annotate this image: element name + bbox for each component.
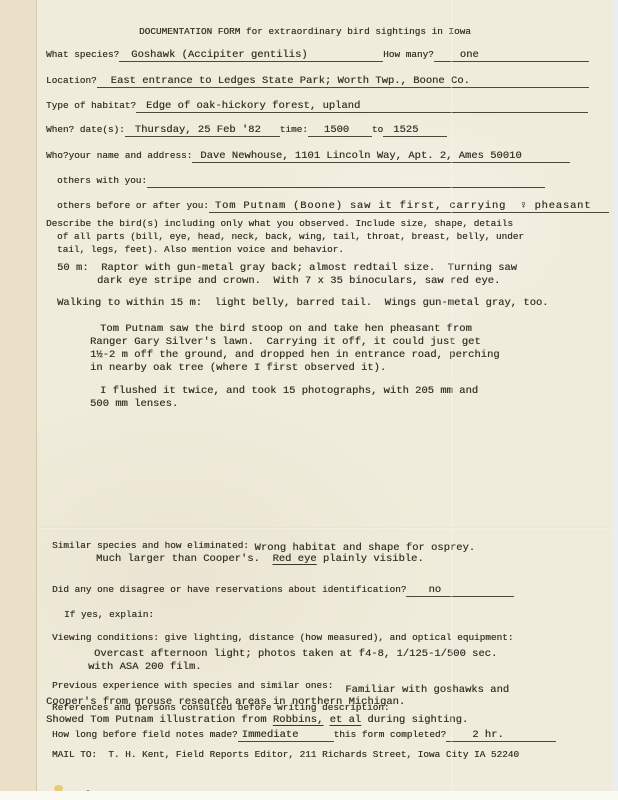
location-label: Location?	[46, 75, 97, 86]
text-segment: 50 m: Raptor with gun-metal gray back; a…	[57, 262, 517, 274]
time-end-value: 1525	[383, 124, 447, 137]
habitat-line: Type of habitat?Edge of oak-hickory fore…	[46, 99, 588, 113]
text-segment: I flushed it twice, and took 15 photogra…	[100, 385, 478, 397]
similar-species-line: Similar species and how eliminated: Wron…	[52, 539, 475, 553]
previous-experience-value: Familiar with goshawks and	[339, 684, 509, 696]
scan-left-edge	[0, 0, 37, 800]
description-behavior-3: 1½-2 m off the ground, and dropped hen i…	[90, 349, 500, 362]
others-with-line: others with you:	[57, 174, 545, 188]
description-behavior-2: Ranger Gary Silver's lawn. Carrying it o…	[90, 336, 481, 349]
text-segment: 1½-2 m off the ground, and dropped hen i…	[90, 349, 500, 361]
references-value-line: Showed Tom Putnam illustration from Robb…	[46, 714, 468, 727]
field-notes-value: Immediate	[238, 729, 334, 742]
describe-instructions-2: of all parts (bill, eye, head, neck, bac…	[57, 230, 524, 244]
mail-to-text: MAIL TO: T. H. Kent, Field Reports Edito…	[52, 749, 519, 760]
disagree-value: no	[406, 584, 514, 597]
field-notes-label: How long before field notes made?	[52, 729, 238, 740]
form-completed-value: 2 hr.	[446, 729, 556, 742]
viewing-conditions-label: Viewing conditions: give lighting, dista…	[52, 632, 513, 643]
who-label: Who?your name and address:	[46, 150, 192, 161]
text-segment: in nearby oak tree (where I first observ…	[90, 362, 386, 374]
location-line: Location?East entrance to Ledges State P…	[46, 74, 589, 88]
how-many-label: How many?	[383, 49, 434, 60]
text-segment: tail, legs, feet). Also mention voice an…	[57, 244, 344, 255]
scan-bottom-edge	[0, 791, 618, 800]
text-segment: Walking to within 15 m: light belly, bar…	[57, 297, 548, 309]
form-title: DOCUMENTATION FORM for extraordinary bir…	[139, 25, 471, 39]
description-50m-2: dark eye stripe and crown. With 7 x 35 b…	[97, 275, 500, 288]
who-value: Dave Newhouse, 1101 Lincoln Way, Apt. 2,…	[192, 150, 570, 163]
if-yes-label: If yes, explain:	[64, 609, 154, 620]
species-line: What species?Goshawk (Accipiter gentilis…	[46, 48, 589, 62]
previous-experience-label: Previous experience with species and sim…	[52, 680, 339, 691]
others-with-value	[147, 175, 545, 188]
disagree-label: Did any one disagree or have reservation…	[52, 584, 406, 595]
text-segment: plainly visible.	[317, 553, 424, 565]
text-segment: Describe the bird(s) including only what…	[46, 218, 513, 229]
habitat-value: Edge of oak-hickory forest, upland	[136, 100, 588, 113]
text-segment: of all parts (bill, eye, head, neck, bac…	[57, 231, 524, 242]
horizontal-fold-crease	[0, 527, 618, 529]
location-value: East entrance to Ledges State Park; Wort…	[97, 75, 589, 88]
vertical-fold-crease	[450, 0, 453, 791]
robbins-underlined: Robbins,	[273, 714, 323, 726]
text-segment: Tom Putnam saw the bird stoop on and tak…	[100, 323, 472, 335]
how-many-value: one	[434, 49, 589, 62]
habitat-label: Type of habitat?	[46, 100, 136, 111]
species-value: Goshawk (Accipiter gentilis)	[119, 49, 383, 62]
description-15m: Walking to within 15 m: light belly, bar…	[57, 297, 548, 310]
describe-instructions-3: tail, legs, feet). Also mention voice an…	[57, 243, 344, 257]
viewing-conditions-value-2: with ASA 200 film.	[88, 661, 201, 674]
red-eye-underlined: Red eye	[272, 553, 316, 565]
viewing-conditions-label-line: Viewing conditions: give lighting, dista…	[52, 631, 513, 645]
description-behavior-4: in nearby oak tree (where I first observ…	[90, 362, 386, 375]
description-50m-1: 50 m: Raptor with gun-metal gray back; a…	[57, 262, 517, 275]
others-before-value: Tom Putnam (Boone) saw it first, carryin…	[209, 200, 609, 213]
others-before-label: others before or after you:	[57, 200, 209, 211]
date-value: Thursday, 25 Feb '82	[125, 124, 280, 137]
text-segment: Overcast afternoon light; photos taken a…	[94, 648, 497, 660]
disagree-line: Did any one disagree or have reservation…	[52, 583, 514, 597]
references-label-line: References and persons consulted before …	[52, 701, 390, 715]
text-segment: Showed Tom Putnam illustration from	[46, 714, 273, 726]
description-behavior-1: Tom Putnam saw the bird stoop on and tak…	[100, 323, 472, 336]
description-photos-1: I flushed it twice, and took 15 photogra…	[100, 385, 478, 398]
text-segment: Much larger than Cooper's.	[96, 553, 272, 565]
date-label: When? date(s):	[46, 124, 125, 135]
others-with-label: others with you:	[57, 175, 147, 186]
if-yes-line: If yes, explain:	[64, 608, 154, 622]
text-segment: dark eye stripe and crown. With 7 x 35 b…	[97, 275, 500, 287]
when-line: When? date(s):Thursday, 25 Feb '82time:1…	[46, 123, 447, 137]
form-completed-label: this form completed?	[334, 729, 447, 740]
references-label: References and persons consulted before …	[52, 702, 390, 713]
time-start-value: 1500	[308, 124, 372, 137]
scan-right-edge	[613, 0, 618, 800]
previous-experience-line: Previous experience with species and sim…	[52, 679, 509, 693]
et-al-underlined: et al	[330, 714, 362, 726]
scanned-document-page: DOCUMENTATION FORM for extraordinary bir…	[0, 0, 618, 800]
species-label: What species?	[46, 49, 119, 60]
field-notes-line: How long before field notes made?Immedia…	[52, 728, 556, 742]
describe-instructions-1: Describe the bird(s) including only what…	[46, 217, 513, 231]
text-segment: with ASA 200 film.	[88, 661, 201, 673]
others-before-line: others before or after you:Tom Putnam (B…	[57, 199, 609, 213]
description-photos-2: 500 mm lenses.	[90, 398, 178, 411]
text-segment: 500 mm lenses.	[90, 398, 178, 410]
time-to-label: to	[372, 124, 383, 135]
similar-species-line-2: Much larger than Cooper's. Red eye plain…	[96, 553, 424, 566]
mail-to-line: MAIL TO: T. H. Kent, Field Reports Edito…	[52, 748, 519, 762]
similar-species-label: Similar species and how eliminated:	[52, 540, 255, 551]
text-segment: Ranger Gary Silver's lawn. Carrying it o…	[90, 336, 481, 348]
form-title-text: DOCUMENTATION FORM for extraordinary bir…	[139, 26, 471, 37]
time-label: time:	[280, 124, 308, 135]
viewing-conditions-value-1: Overcast afternoon light; photos taken a…	[94, 648, 497, 661]
who-line: Who?your name and address:Dave Newhouse,…	[46, 149, 570, 163]
